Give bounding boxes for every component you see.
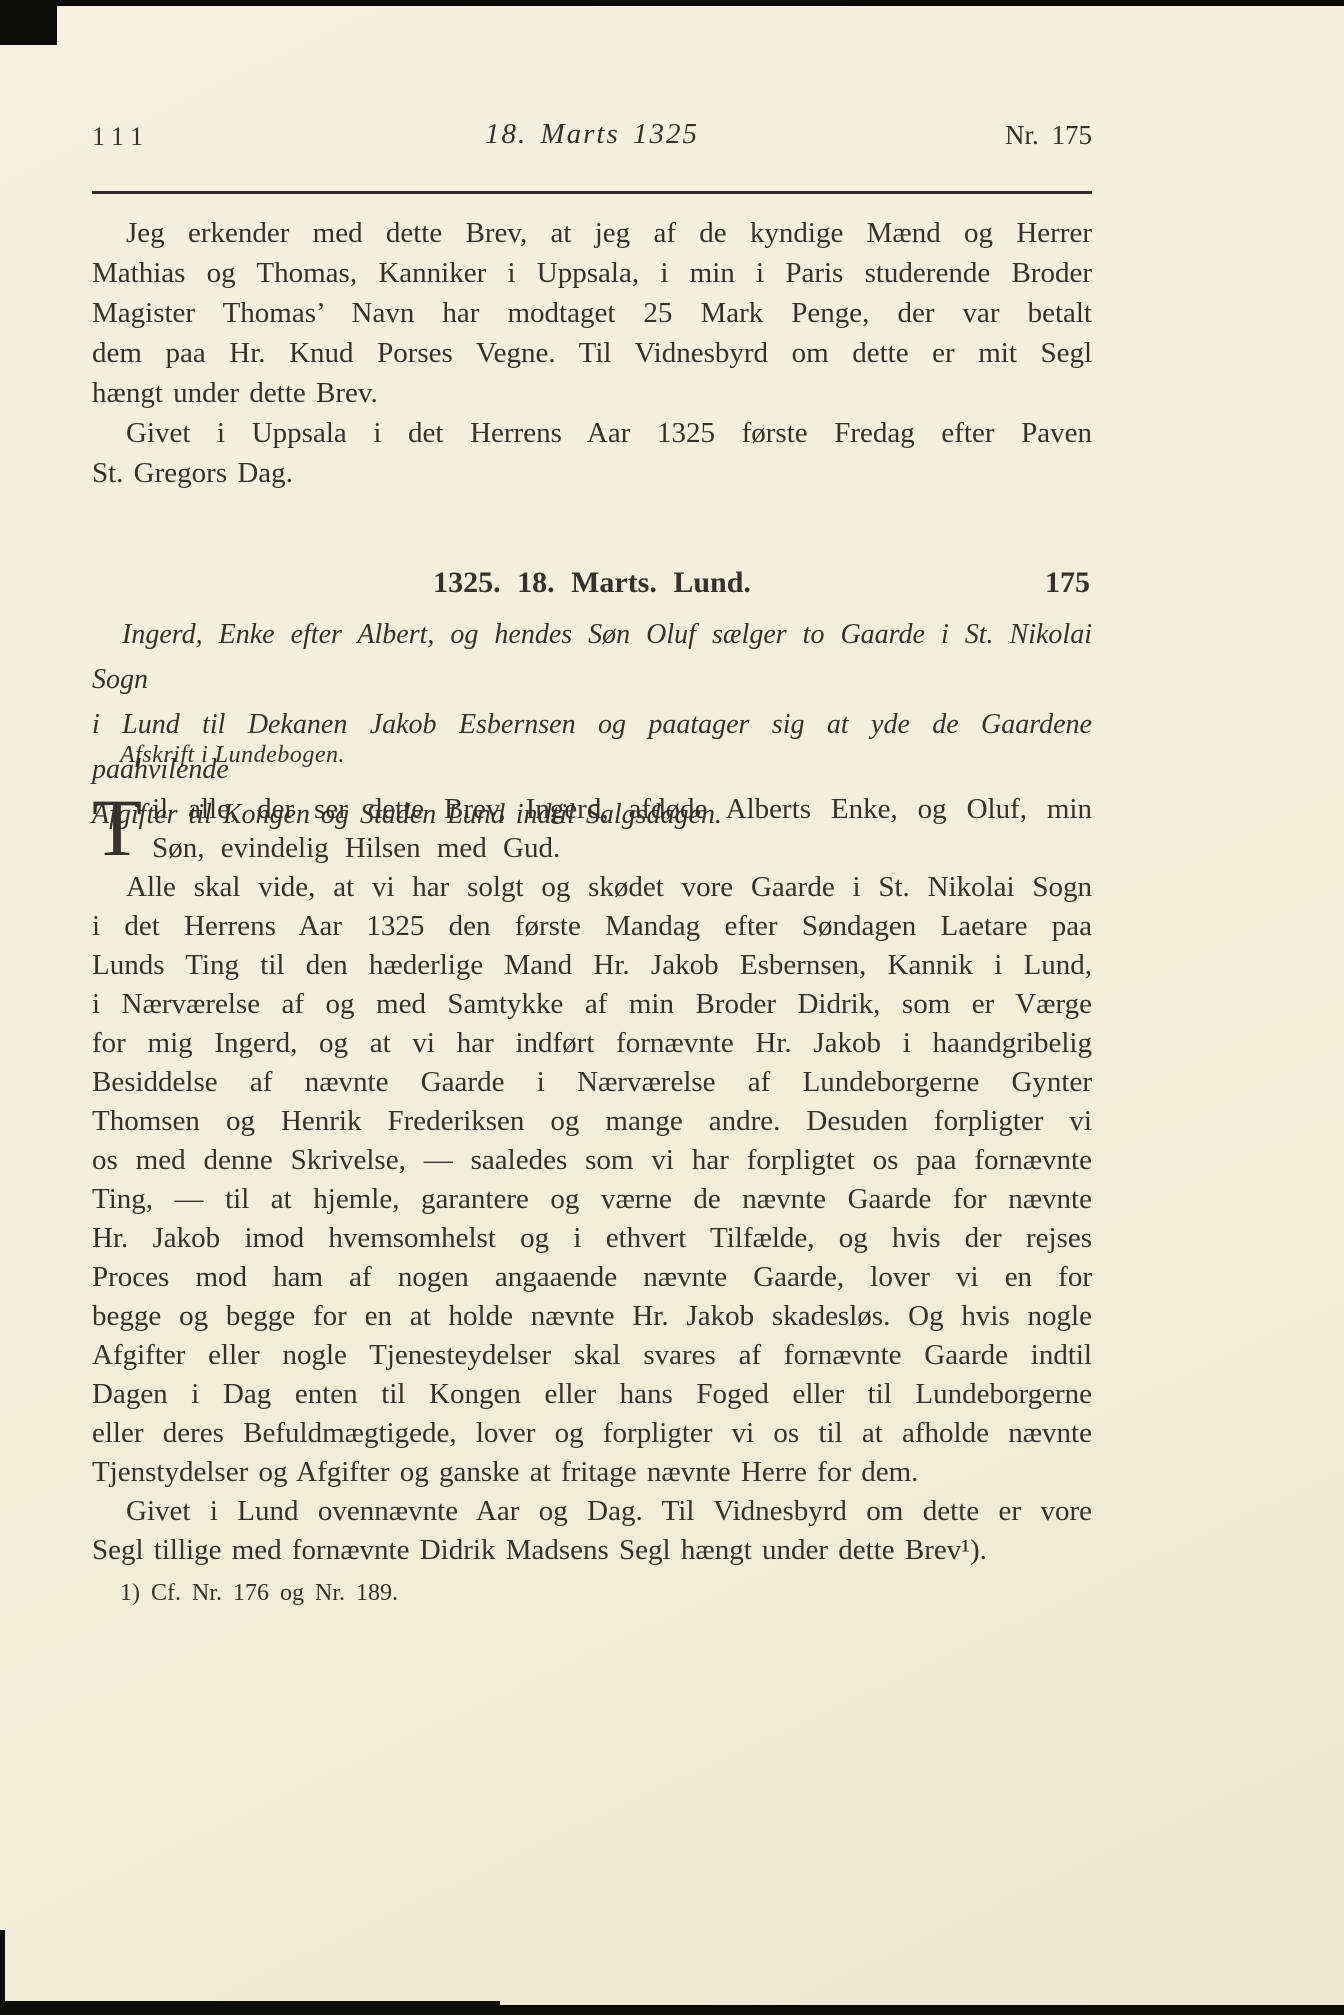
text-line: Ting, — til at hjemle, garantere og værn… <box>92 1180 1092 1219</box>
book-page-scan: 111 18. Marts 1325 Nr. 175 Jeg erkender … <box>0 0 1344 2015</box>
text-line: Hr. Jakob imod hvemsomhelst og i ethvert… <box>92 1219 1092 1258</box>
section-heading-row: 1325. 18. Marts. Lund. 175 <box>92 566 1092 612</box>
text-line: Segl tillige med fornævnte Didrik Madsen… <box>92 1531 1092 1570</box>
text-line: Jeg erkender med dette Brev, at jeg af d… <box>92 213 1092 253</box>
section-heading: 1325. 18. Marts. Lund. <box>92 566 1092 600</box>
text-line: Tjenstydelser og Afgifter og ganske at f… <box>92 1453 1092 1492</box>
text-line: i Nærværelse af og med Samtykke af min B… <box>92 985 1092 1024</box>
text-line: eller deres Befuldmægtigede, lover og fo… <box>92 1414 1092 1453</box>
text-line: Alle skal vide, at vi har solgt og skøde… <box>92 868 1092 907</box>
document-number-header: Nr. 175 <box>1005 120 1092 151</box>
scan-artifact-bottom-left <box>0 2001 500 2015</box>
text-line: Afgifter eller nogle Tjenesteydelser ska… <box>92 1336 1092 1375</box>
text-line: begge og begge for en at holde nævnte Hr… <box>92 1297 1092 1336</box>
intro-document-text: Jeg erkender med dette Brev, at jeg af d… <box>92 213 1092 493</box>
text-line: Søn, evindelig Hilsen med Gud. <box>92 829 1092 868</box>
document-body: T il alle, der ser dette Brev, Ingerd, a… <box>92 790 1092 1570</box>
text-line: Lunds Ting til den hæderlige Mand Hr. Ja… <box>92 946 1092 985</box>
scan-artifact-top-line <box>0 0 1344 6</box>
text-line: Dagen i Dag enten til Kongen eller hans … <box>92 1375 1092 1414</box>
section-number: 175 <box>1045 566 1090 600</box>
text-line: Thomsen og Henrik Frederiksen og mange a… <box>92 1102 1092 1141</box>
footnote: 1) Cf. Nr. 176 og Nr. 189. <box>92 1580 1092 1607</box>
source-note: Afskrift i Lundebogen. <box>92 742 1092 769</box>
text-line: Givet i Lund ovennævnte Aar og Dag. Til … <box>92 1492 1092 1531</box>
running-title: 18. Marts 1325 <box>92 118 1092 151</box>
drop-cap: T <box>92 790 152 863</box>
text-line: for mig Ingerd, og at vi har indført for… <box>92 1024 1092 1063</box>
text-line: Ingerd, Enke efter Albert, og hendes Søn… <box>92 612 1092 702</box>
text-line: Givet i Uppsala i det Herrens Aar 1325 f… <box>92 413 1092 453</box>
main-text: Alle skal vide, at vi har solgt og skøde… <box>92 868 1092 1492</box>
text-line: os med denne Skrivelse, — saaledes som v… <box>92 1141 1092 1180</box>
text-line: i det Herrens Aar 1325 den første Mandag… <box>92 907 1092 946</box>
text-line: Mathias og Thomas, Kanniker i Uppsala, i… <box>92 253 1092 293</box>
running-head: 111 18. Marts 1325 Nr. 175 <box>92 116 1092 162</box>
text-line: Magister Thomas’ Navn har modtaget 25 Ma… <box>92 293 1092 333</box>
text-line: St. Gregors Dag. <box>92 453 1092 493</box>
closing-text: Givet i Lund ovennævnte Aar og Dag. Til … <box>92 1492 1092 1570</box>
salutation: il alle, der ser dette Brev, Ingerd, afd… <box>92 790 1092 868</box>
scan-artifact-left-edge <box>0 1930 5 2015</box>
text-line: Proces mod ham af nogen angaaende nævnte… <box>92 1258 1092 1297</box>
text-line: dem paa Hr. Knud Porses Vegne. Til Vidne… <box>92 333 1092 373</box>
scan-artifact-top-left-corner <box>0 0 57 45</box>
text-line: il alle, der ser dette Brev, Ingerd, afd… <box>92 790 1092 829</box>
text-line: Besiddelse af nævnte Gaarde i Nærværelse… <box>92 1063 1092 1102</box>
header-rule <box>92 191 1092 194</box>
text-line: hængt under dette Brev. <box>92 373 1092 413</box>
